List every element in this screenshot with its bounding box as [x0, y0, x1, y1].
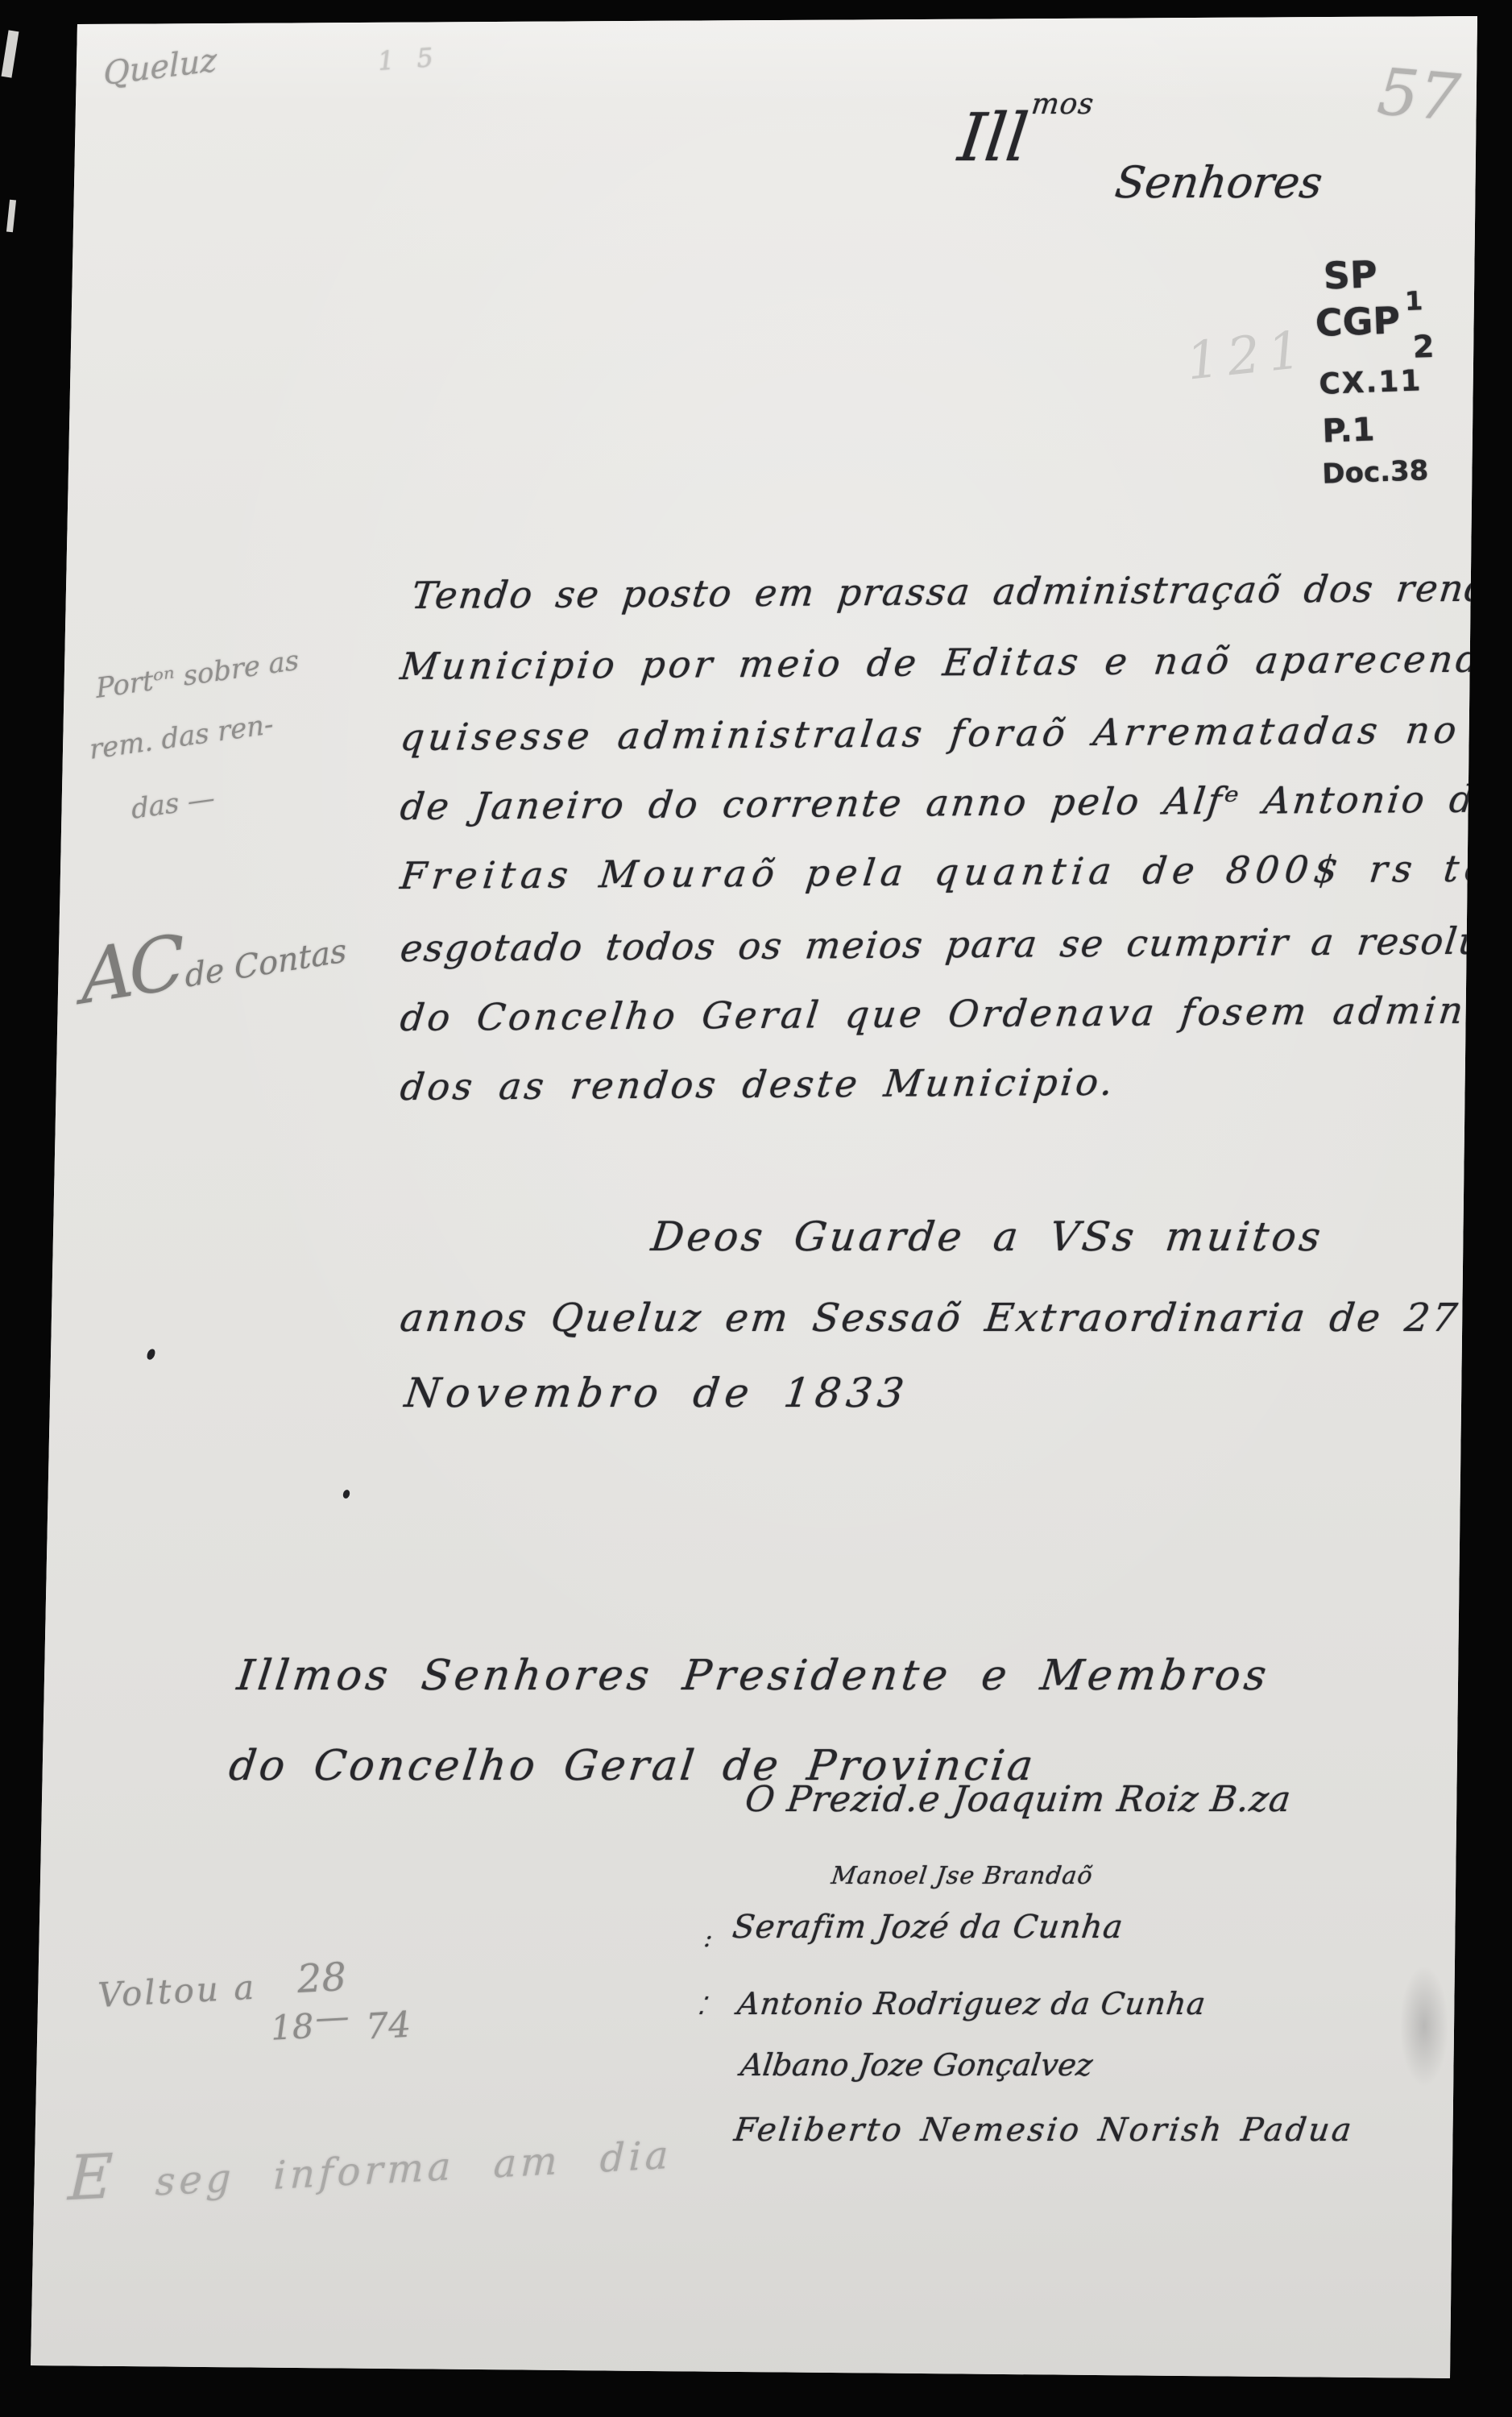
folio-number: 57 — [1375, 60, 1462, 131]
margin-note-contas: AC de Contas — [79, 899, 348, 1015]
signature: Serafim Jozé da Cunha — [731, 1911, 1125, 1943]
salutation-main: Ill — [955, 100, 1033, 176]
stamp-fraction-bottom: 2 — [1412, 331, 1435, 363]
scan-artifact — [6, 200, 16, 233]
paper-sheet: Queluz 15 57 Illmos Senhores SP CGP 1 2 … — [0, 0, 1512, 2417]
signature: Feliberto Nemesio Norish Padua — [732, 2114, 1356, 2146]
body-line: esgotado todos os meios para se cumprir … — [399, 922, 1512, 967]
pencil-faint-number: 121 — [1184, 324, 1311, 388]
margin-note-line2: rem. das ren- — [89, 711, 274, 764]
scan-artifact — [2, 30, 19, 77]
stamp-doc: Doc.38 — [1322, 457, 1429, 488]
salutation-line2: Senhores — [1112, 161, 1324, 205]
ink-dot — [342, 1489, 350, 1499]
pencil-return-note: Voltou a 28 18 — 74 — [97, 1951, 473, 2083]
closing-line: annos Queluz em Sessaõ Extraordinaria de… — [398, 1299, 1512, 1337]
body-line: dos as rendos deste Municipio. — [399, 1063, 1118, 1105]
stamp-pasta: P.1 — [1322, 413, 1375, 447]
body-line: Tendo se posto em prassa administraçaõ d… — [410, 568, 1512, 614]
stamp-fund: SP — [1323, 255, 1377, 294]
archive-stamp: SP CGP 1 2 CX.11 P.1 Doc.38 — [1313, 251, 1498, 499]
return-note-month: 18 — [270, 2009, 315, 2046]
margin-note-line1: Portᵒⁿ sobre as — [95, 647, 300, 703]
signature: Antonio Rodriguez da Cunha — [735, 1988, 1208, 2019]
body-line: quisesse administralas foraõ Arrematadas… — [399, 710, 1512, 756]
stamp-fraction-top: 1 — [1404, 288, 1423, 314]
margin-note-contas-text: de Contas — [184, 932, 347, 995]
return-note-label: Voltou a — [97, 1971, 258, 2013]
closing-dateline: Novembro de 1833 — [403, 1373, 912, 1413]
body-line: Freitas Mouraõ pela quantia de 800$ rs t… — [399, 848, 1512, 894]
ink-dot — [146, 1348, 157, 1361]
signature: Manoel Jse Brandaõ — [830, 1864, 1094, 1888]
signature-ditto-mark: ⁚ — [696, 1995, 706, 2019]
body-line: Municipio por meio de Editas e naõ apare… — [399, 639, 1512, 685]
return-note-day: 28 — [296, 1958, 348, 1999]
salutation-superscript: mos — [1029, 88, 1096, 121]
body-line: do Concelho Geral que Ordenava fosem adm… — [399, 991, 1512, 1036]
stamp-box: CX.11 — [1319, 367, 1423, 399]
pencil-note-top-left: Queluz — [103, 44, 217, 91]
pencil-bottom-note: E seg informa am dia — [67, 2116, 673, 2210]
signature-president: O Prezid.e Joaquim Roiz B.za — [744, 1782, 1294, 1818]
closing-line: Deos Guarde a VSs muitos — [649, 1217, 1326, 1257]
body-line: de Janeiro do corrente anno pelo Alfᵉ An… — [399, 780, 1512, 825]
scan-smudge — [1400, 1966, 1448, 2087]
stamp-series: CGP — [1315, 301, 1401, 342]
address-line: Illmos Senhores Presidente e Membros — [235, 1655, 1273, 1697]
margin-note-contas-initials: AC — [79, 918, 183, 1021]
signature-ditto-mark: : — [702, 1927, 714, 1951]
return-note-dash: — — [314, 2000, 350, 2035]
pencil-marks-top: 15 — [377, 43, 457, 74]
scanned-manuscript-page: { "page": { "folio_number": "57", "penci… — [0, 0, 1512, 2417]
signature: Albano Joze Gonçalvez — [739, 2050, 1094, 2080]
margin-note-line3: das — — [130, 784, 216, 823]
return-note-year: 74 — [365, 2008, 412, 2046]
salutation: Illmos — [955, 90, 1096, 172]
